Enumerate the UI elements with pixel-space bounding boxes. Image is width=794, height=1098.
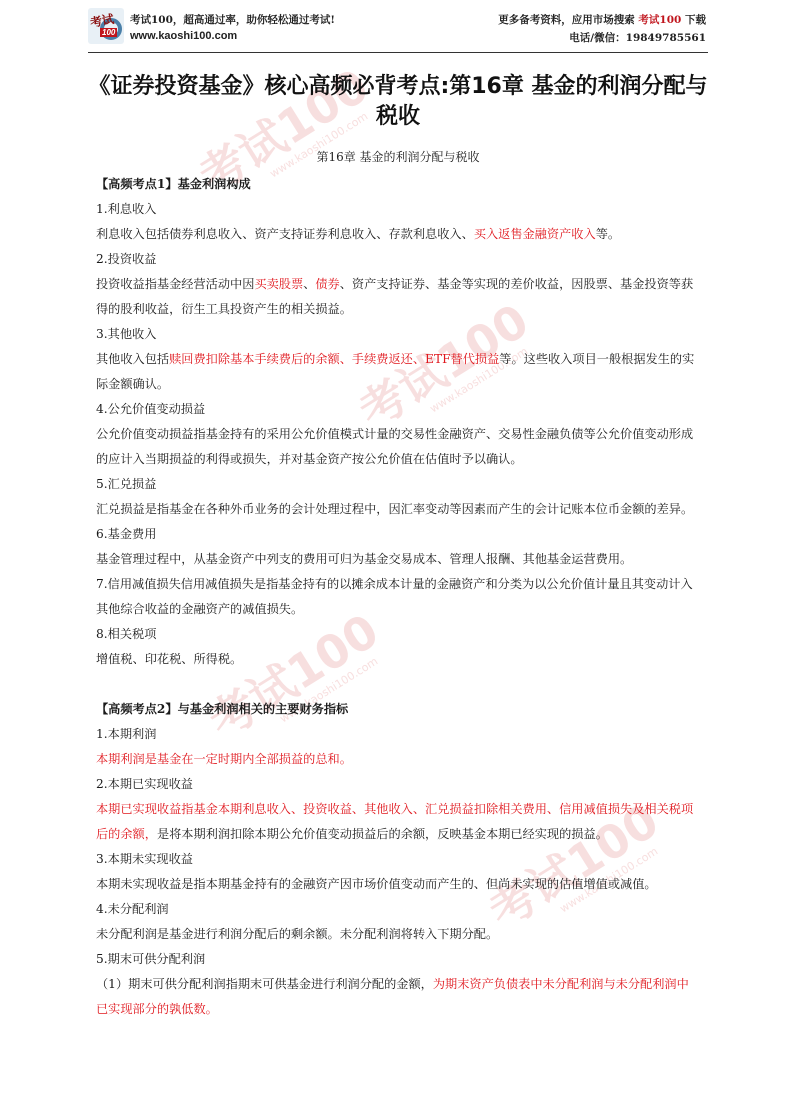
spacer [96,672,700,697]
body-text: （1）期末可供分配利润指期末可供基金进行利润分配的金额， [96,977,433,991]
body-text: 等。 [596,227,620,241]
header-divider [88,52,708,53]
item-title: 8.相关税项 [96,622,700,647]
page-title: 《证券投资基金》核心高频必背考点:第16章 基金的利润分配与税收 [88,72,708,132]
body-text: 未分配利润是基金进行利润分配后的剩余额。未分配利润将转入下期分配。 [96,927,498,941]
item-body: 本期未实现收益是指本期基金持有的金融资产因市场价值变动而产生的、但尚未实现的估值… [96,872,700,897]
item-body: 本期已实现收益指基金本期利息收入、投资收益、其他收入、汇兑损益扣除相关费用、信用… [96,797,700,847]
item-title: 3.其他收入 [96,322,700,347]
item-title: 4.未分配利润 [96,897,700,922]
logo-number: 100 [100,28,117,37]
highlighted-text: 买入返售金融资产收入 [474,227,596,241]
body-text: 其他收入包括 [96,352,169,366]
header-slogan: 考试100，超高通过率，助你轻松通过考试! [130,12,335,27]
section-1-items: 1.利息收入利息收入包括债券利息收入、资产支持证券利息收入、存款利息收入、买入返… [96,197,700,672]
header-download-hint: 更多备考资料，应用市场搜索 考试100 下载 [498,12,706,27]
item-title: 1.本期利润 [96,722,700,747]
body-text: 基金管理过程中，从基金资产中列支的费用可归为基金交易成本、管理人报酬、其他基金运… [96,552,632,566]
item-body: （1）期末可供分配利润指期末可供基金进行利润分配的金额，为期末资产负债表中未分配… [96,972,700,1022]
header-brand: 考试100 [638,14,681,26]
item-body: 基金管理过程中，从基金资产中列支的费用可归为基金交易成本、管理人报酬、其他基金运… [96,547,700,572]
header-contact: 电话/微信：19849785561 [569,30,706,45]
item-body: 汇兑损益是指基金在各种外币业务的会计处理过程中，因汇率变动等因素而产生的会计记账… [96,497,700,522]
highlighted-text: 赎回费扣除基本手续费后的余额、手续费返还、ETF替代损益 [169,352,499,366]
item-body: 公允价值变动损益指基金持有的采用公允价值模式计量的交易性金融资产、交易性金融负债… [96,422,700,472]
body-text: 7.信用减值损失信用减值损失是指基金持有的以摊余成本计量的金融资产和分类为以公允… [96,577,693,616]
body-text: 是将本期利润扣除本期公允价值变动损益后的余额，反映基金本期已经实现的损益。 [157,827,608,841]
item-body: 其他收入包括赎回费扣除基本手续费后的余额、手续费返还、ETF替代损益等。这些收入… [96,347,700,397]
header-url-link[interactable]: www.kaoshi100.com [130,30,237,42]
item-body: 未分配利润是基金进行利润分配后的剩余额。未分配利润将转入下期分配。 [96,922,700,947]
section-2-items: 1.本期利润本期利润是基金在一定时期内全部损益的总和。2.本期已实现收益本期已实… [96,722,700,1022]
item-body: 本期利润是基金在一定时期内全部损益的总和。 [96,747,700,772]
kaoshi100-logo: 考试 100 [88,8,124,44]
item-body: 增值税、印花税、所得税。 [96,647,700,672]
body-text: 汇兑损益是指基金在各种外币业务的会计处理过程中，因汇率变动等因素而产生的会计记账… [96,502,693,516]
item-body: 7.信用减值损失信用减值损失是指基金持有的以摊余成本计量的金融资产和分类为以公允… [96,572,700,622]
page-header: 考试 100 考试100，超高通过率，助你轻松通过考试! www.kaoshi1… [88,6,706,48]
body-text: 公允价值变动损益指基金持有的采用公允价值模式计量的交易性金融资产、交易性金融负债… [96,427,693,466]
highlighted-text: 本期利润是基金在一定时期内全部损益的总和。 [96,752,352,766]
item-title: 6.基金费用 [96,522,700,547]
item-body: 利息收入包括债券利息收入、资产支持证券利息收入、存款利息收入、买入返售金融资产收… [96,222,700,247]
body-text: 增值税、印花税、所得税。 [96,652,242,666]
item-title: 4.公允价值变动损益 [96,397,700,422]
document-body: 【高频考点1】基金利润构成 1.利息收入利息收入包括债券利息收入、资产支持证券利… [96,172,700,1022]
item-title: 1.利息收入 [96,197,700,222]
highlighted-text: 买卖股票 [254,277,303,291]
item-title: 3.本期未实现收益 [96,847,700,872]
highlighted-text: 债券 [315,277,339,291]
body-text: 投资收益指基金经营活动中因 [96,277,254,291]
body-text: 本期未实现收益是指本期基金持有的金融资产因市场价值变动而产生的、但尚未实现的估值… [96,877,657,891]
item-title: 5.汇兑损益 [96,472,700,497]
body-text: 利息收入包括债券利息收入、资产支持证券利息收入、存款利息收入、 [96,227,474,241]
item-title: 2.投资收益 [96,247,700,272]
item-body: 投资收益指基金经营活动中因买卖股票、债券、资产支持证券、基金等实现的差价收益，因… [96,272,700,322]
section-heading: 【高频考点1】基金利润构成 [96,172,700,197]
item-title: 5.期末可供分配利润 [96,947,700,972]
body-text: 、 [303,277,315,291]
item-title: 2.本期已实现收益 [96,772,700,797]
chapter-subtitle: 第16章 基金的利润分配与税收 [88,148,708,165]
section-heading: 【高频考点2】与基金利润相关的主要财务指标 [96,697,700,722]
